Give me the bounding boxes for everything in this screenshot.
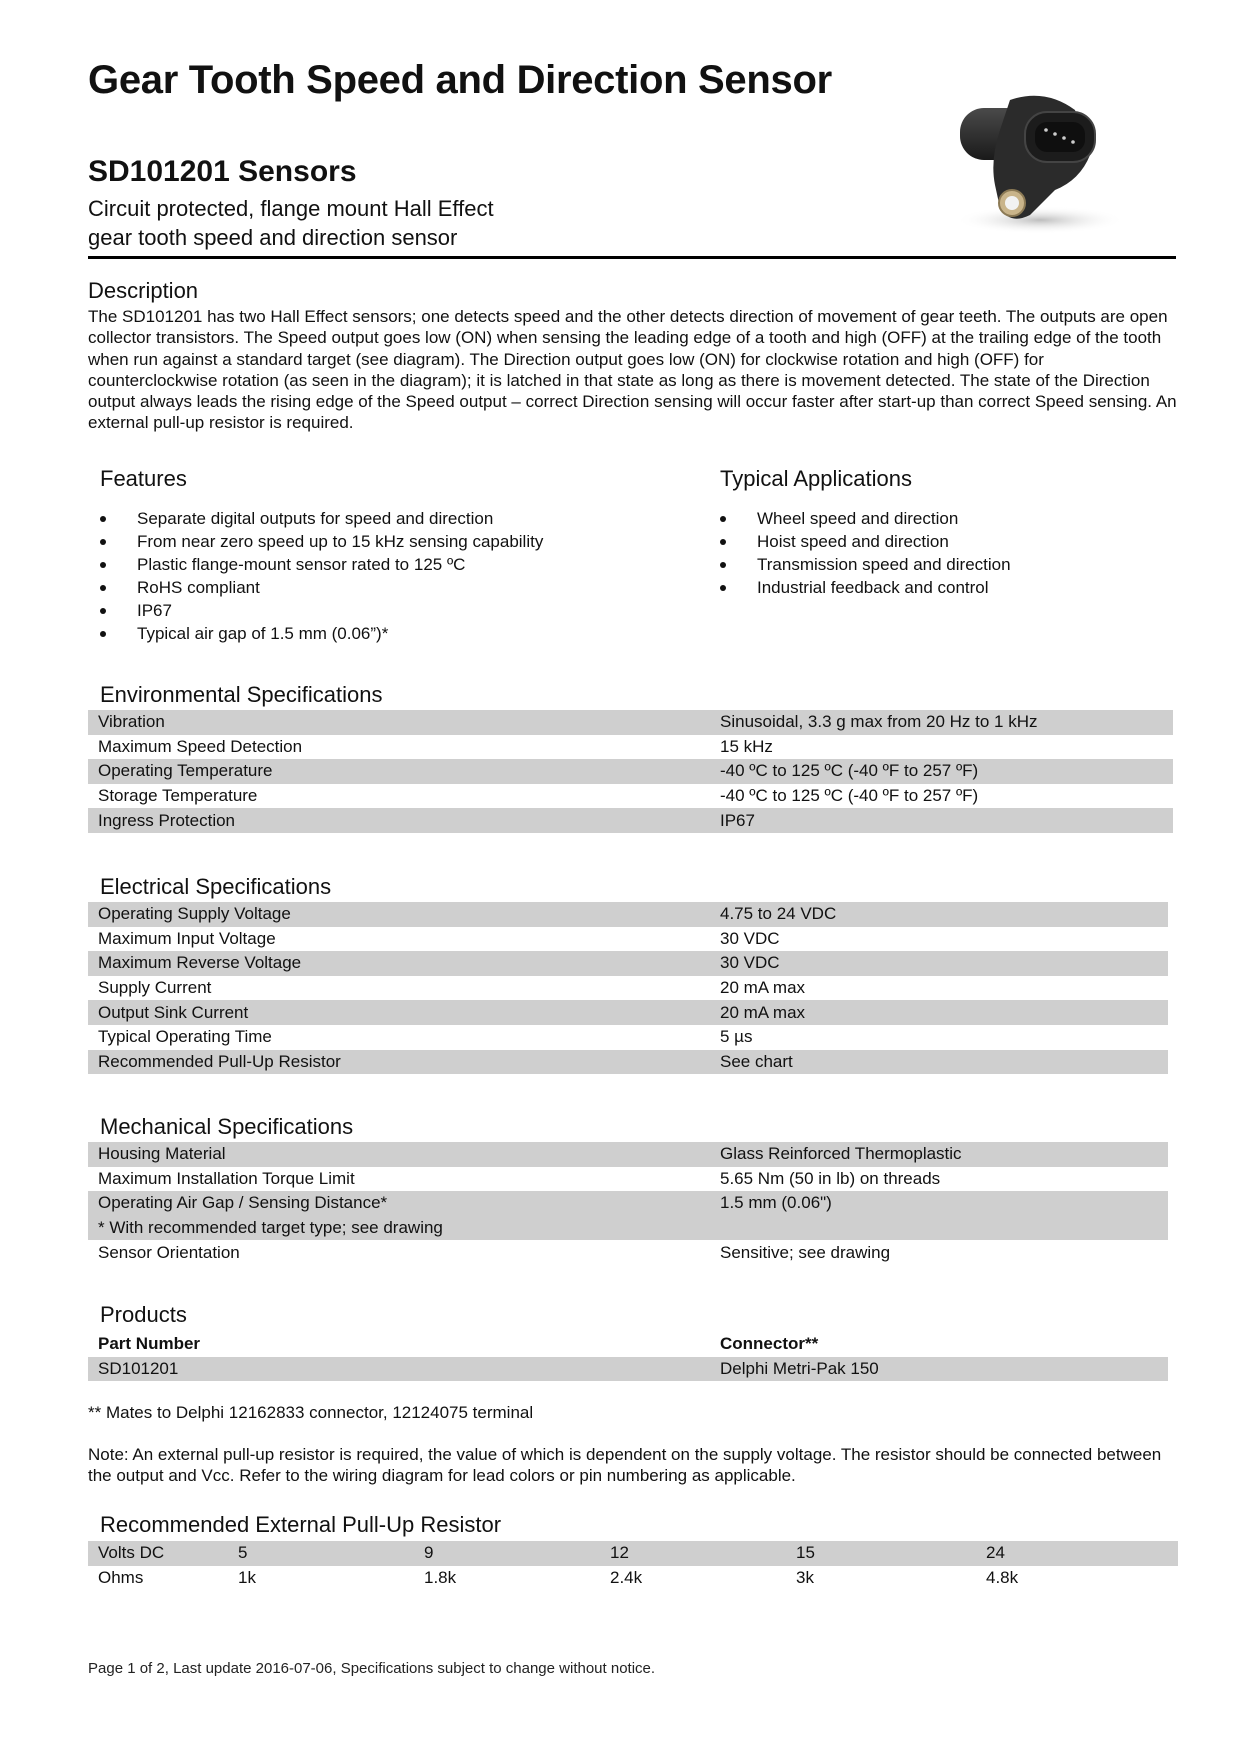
- description-text: The SD101201 has two Hall Effect sensors…: [88, 306, 1178, 434]
- pullup-note: Note: An external pull-up resistor is re…: [88, 1444, 1178, 1486]
- description-heading: Description: [88, 278, 198, 304]
- pullup-resistor-table: Volts DC 5 9 12 15 24 Ohms 1k 1.8k 2.4k …: [88, 1541, 1178, 1590]
- application-item: Wheel speed and direction: [720, 507, 1011, 530]
- electrical-heading: Electrical Specifications: [100, 874, 331, 900]
- bullet-icon: [100, 562, 106, 568]
- application-item: Transmission speed and direction: [720, 553, 1011, 576]
- pullup-heading: Recommended External Pull-Up Resistor: [100, 1512, 501, 1538]
- table-row-ohms: Ohms 1k 1.8k 2.4k 3k 4.8k: [88, 1566, 1178, 1591]
- bullet-icon: [100, 539, 106, 545]
- table-row-volts: Volts DC 5 9 12 15 24: [88, 1541, 1178, 1566]
- application-item: Industrial feedback and control: [720, 576, 1011, 599]
- products-table: Part NumberConnector** SD101201Delphi Me…: [88, 1332, 1168, 1381]
- table-row: Operating Supply Voltage4.75 to 24 VDC: [88, 902, 1168, 927]
- mechanical-spec-table: Housing MaterialGlass Reinforced Thermop…: [88, 1142, 1168, 1265]
- table-row: Storage Temperature-40 ºC to 125 ºC (-40…: [88, 784, 1173, 809]
- feature-item: Typical air gap of 1.5 mm (0.06”)*: [100, 622, 543, 645]
- table-row: Operating Temperature-40 ºC to 125 ºC (-…: [88, 759, 1173, 784]
- applications-list: Wheel speed and direction Hoist speed an…: [720, 507, 1011, 599]
- bullet-icon: [720, 562, 726, 568]
- features-heading: Features: [100, 466, 187, 492]
- bullet-icon: [720, 516, 726, 522]
- feature-item: IP67: [100, 599, 543, 622]
- tagline-line-2: gear tooth speed and direction sensor: [88, 223, 494, 252]
- bullet-icon: [100, 585, 106, 591]
- applications-heading: Typical Applications: [720, 466, 912, 492]
- table-row: Output Sink Current20 mA max: [88, 1000, 1168, 1025]
- sensor-product-image: [940, 90, 1150, 250]
- table-row: Maximum Installation Torque Limit5.65 Nm…: [88, 1167, 1168, 1192]
- table-row: Maximum Input Voltage30 VDC: [88, 927, 1168, 952]
- table-row: Recommended Pull-Up ResistorSee chart: [88, 1050, 1168, 1075]
- table-row: Housing MaterialGlass Reinforced Thermop…: [88, 1142, 1168, 1167]
- product-series-title: SD101201 Sensors: [88, 155, 357, 189]
- environmental-heading: Environmental Specifications: [100, 682, 382, 708]
- product-tagline: Circuit protected, flange mount Hall Eff…: [88, 194, 494, 252]
- products-heading: Products: [100, 1302, 187, 1328]
- table-row: VibrationSinusoidal, 3.3 g max from 20 H…: [88, 710, 1173, 735]
- feature-item: RoHS compliant: [100, 576, 543, 599]
- feature-item: Separate digital outputs for speed and d…: [100, 507, 543, 530]
- feature-item: Plastic flange-mount sensor rated to 125…: [100, 553, 543, 576]
- table-row: Typical Operating Time5 µs: [88, 1025, 1168, 1050]
- table-row: Maximum Reverse Voltage30 VDC: [88, 951, 1168, 976]
- table-row: Sensor OrientationSensitive; see drawing: [88, 1240, 1168, 1265]
- table-row: Supply Current20 mA max: [88, 976, 1168, 1001]
- environmental-spec-table: VibrationSinusoidal, 3.3 g max from 20 H…: [88, 710, 1173, 833]
- products-footnote: ** Mates to Delphi 12162833 connector, 1…: [88, 1403, 533, 1423]
- bullet-icon: [100, 631, 106, 637]
- mechanical-heading: Mechanical Specifications: [100, 1114, 353, 1140]
- bullet-icon: [100, 516, 106, 522]
- bullet-icon: [100, 608, 106, 614]
- feature-item: From near zero speed up to 15 kHz sensin…: [100, 530, 543, 553]
- page-footer: Page 1 of 2, Last update 2016-07-06, Spe…: [88, 1660, 655, 1677]
- table-row: Ingress ProtectionIP67: [88, 808, 1173, 833]
- document-title: Gear Tooth Speed and Direction Sensor: [88, 58, 832, 103]
- header-divider: [88, 256, 1176, 259]
- table-row: Operating Air Gap / Sensing Distance*1.5…: [88, 1191, 1168, 1216]
- table-header-row: Part NumberConnector**: [88, 1332, 1168, 1357]
- table-row: Maximum Speed Detection15 kHz: [88, 735, 1173, 760]
- table-row: SD101201Delphi Metri-Pak 150: [88, 1357, 1168, 1382]
- bullet-icon: [720, 585, 726, 591]
- features-list: Separate digital outputs for speed and d…: [100, 507, 543, 645]
- application-item: Hoist speed and direction: [720, 530, 1011, 553]
- table-row-note: * With recommended target type; see draw…: [88, 1216, 1168, 1241]
- bullet-icon: [720, 539, 726, 545]
- electrical-spec-table: Operating Supply Voltage4.75 to 24 VDC M…: [88, 902, 1168, 1074]
- tagline-line-1: Circuit protected, flange mount Hall Eff…: [88, 194, 494, 223]
